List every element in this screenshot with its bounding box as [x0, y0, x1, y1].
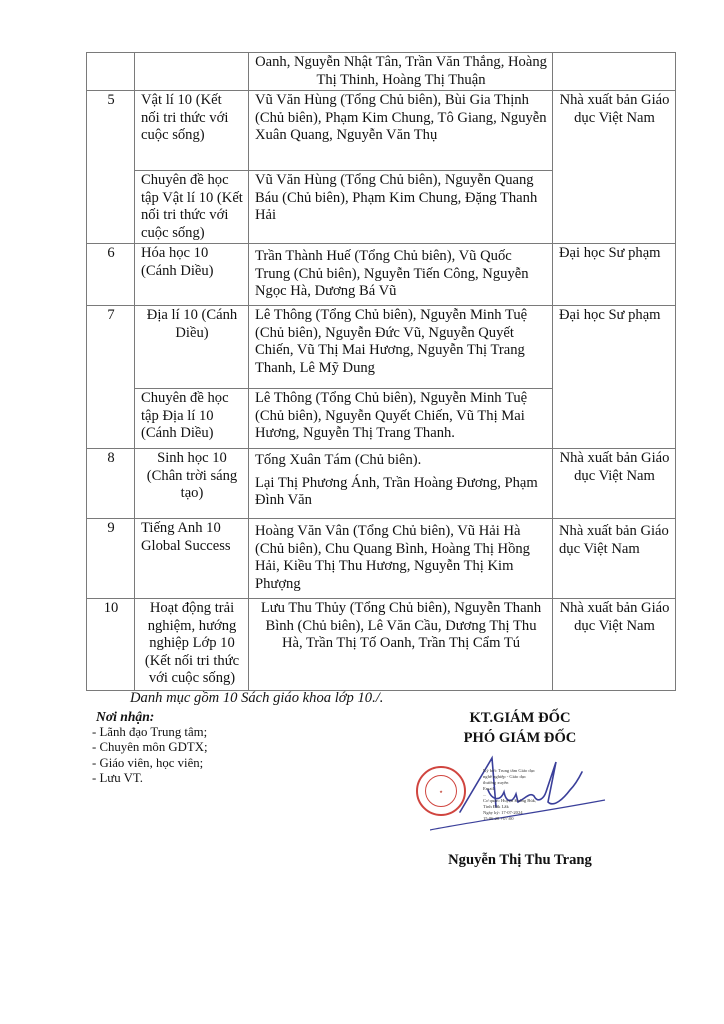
book-title: Chuyên đề học tập Vật lí 10 (Kết nối tri…	[135, 171, 249, 244]
book-authors: Trần Thành Huế (Tổng Chủ biên), Vũ Quốc …	[249, 244, 553, 306]
book-authors: Lưu Thu Thủy (Tổng Chủ biên), Nguyễn Tha…	[249, 599, 553, 691]
book-title: Hóa học 10 (Cánh Diều)	[135, 244, 249, 306]
book-title: Sinh học 10 (Chân trời sáng tạo)	[135, 449, 249, 519]
book-publisher: Đại học Sư phạm	[553, 244, 676, 306]
row-number: 5	[87, 91, 135, 244]
recipient-item: - Giáo viên, học viên;	[92, 756, 208, 772]
recipient-item: - Lưu VT.	[92, 771, 208, 787]
book-authors: Hoàng Văn Vân (Tổng Chủ biên), Vũ Hải Hà…	[249, 519, 553, 599]
book-title: Hoạt động trải nghiệm, hướng nghiệp Lớp …	[135, 599, 249, 691]
recipients-heading: Nơi nhận:	[96, 709, 208, 725]
book-publisher: Nhà xuất bản Giáo dục Việt Nam	[553, 599, 676, 691]
book-title	[135, 53, 249, 91]
table-row: 6 Hóa học 10 (Cánh Diều) Trần Thành Huế …	[87, 244, 676, 306]
author-line: Tống Xuân Tám (Chủ biên).	[255, 452, 547, 470]
list-summary: Danh mục gồm 10 Sách giáo khoa lớp 10./.	[130, 690, 383, 707]
signature-title-line2: PHÓ GIÁM ĐỐC	[420, 728, 620, 748]
table-row: 5 Vật lí 10 (Kết nối tri thức với cuộc s…	[87, 91, 676, 171]
row-number: 8	[87, 449, 135, 519]
row-number: 9	[87, 519, 135, 599]
textbook-table: Oanh, Nguyễn Nhật Tân, Trần Văn Thắng, H…	[86, 52, 676, 691]
book-title: Tiếng Anh 10 Global Success	[135, 519, 249, 599]
book-authors: Lê Thông (Tổng Chủ biên), Nguyễn Minh Tu…	[249, 306, 553, 389]
book-publisher	[553, 53, 676, 91]
digisig-line: 15:06:28 +07:00	[483, 816, 563, 822]
author-line: Lại Thị Phương Ánh, Trần Hoàng Đương, Ph…	[255, 475, 547, 510]
document-page: Oanh, Nguyễn Nhật Tân, Trần Văn Thắng, H…	[0, 0, 724, 1024]
book-authors: Lê Thông (Tổng Chủ biên), Nguyễn Minh Tu…	[249, 389, 553, 449]
signature-title-line1: KT.GIÁM ĐỐC	[420, 708, 620, 728]
table-row: 8 Sinh học 10 (Chân trời sáng tạo) Tống …	[87, 449, 676, 519]
table-row: 10 Hoạt động trải nghiệm, hướng nghiệp L…	[87, 599, 676, 691]
book-publisher: Đại học Sư phạm	[553, 306, 676, 449]
row-number: 7	[87, 306, 135, 449]
table-row: 9 Tiếng Anh 10 Global Success Hoàng Văn …	[87, 519, 676, 599]
book-authors: Oanh, Nguyễn Nhật Tân, Trần Văn Thắng, H…	[249, 53, 553, 91]
book-authors: Vũ Văn Hùng (Tổng Chủ biên), Nguyễn Quan…	[249, 171, 553, 244]
recipients-block: Nơi nhận: - Lãnh đạo Trung tâm; - Chuyên…	[92, 709, 208, 787]
book-authors: Tống Xuân Tám (Chủ biên). Lại Thị Phương…	[249, 449, 553, 519]
row-number: 6	[87, 244, 135, 306]
recipient-item: - Chuyên môn GDTX;	[92, 740, 208, 756]
book-authors: Vũ Văn Hùng (Tổng Chủ biên), Bùi Gia Thị…	[249, 91, 553, 171]
signer-name: Nguyễn Thị Thu Trang	[420, 852, 620, 869]
digital-signature-info: Ký bởi: Trung tâm Giáo dục nghề nghiệp -…	[483, 768, 563, 822]
row-number	[87, 53, 135, 91]
book-publisher: Nhà xuất bản Giáo dục Việt Nam	[553, 449, 676, 519]
book-publisher: Nhà xuất bản Giáo dục Việt Nam	[553, 91, 676, 244]
recipient-item: - Lãnh đạo Trung tâm;	[92, 725, 208, 741]
book-title: Địa lí 10 (Cánh Diều)	[135, 306, 249, 389]
book-title: Vật lí 10 (Kết nối tri thức với cuộc sốn…	[135, 91, 249, 171]
signature-title: KT.GIÁM ĐỐC PHÓ GIÁM ĐỐC	[420, 708, 620, 748]
row-number: 10	[87, 599, 135, 691]
book-publisher: Nhà xuất bản Giáo dục Việt Nam	[553, 519, 676, 599]
book-title: Chuyên đề học tập Địa lí 10 (Cánh Diều)	[135, 389, 249, 449]
table-row: 7 Địa lí 10 (Cánh Diều) Lê Thông (Tổng C…	[87, 306, 676, 389]
table-row: Oanh, Nguyễn Nhật Tân, Trần Văn Thắng, H…	[87, 53, 676, 91]
